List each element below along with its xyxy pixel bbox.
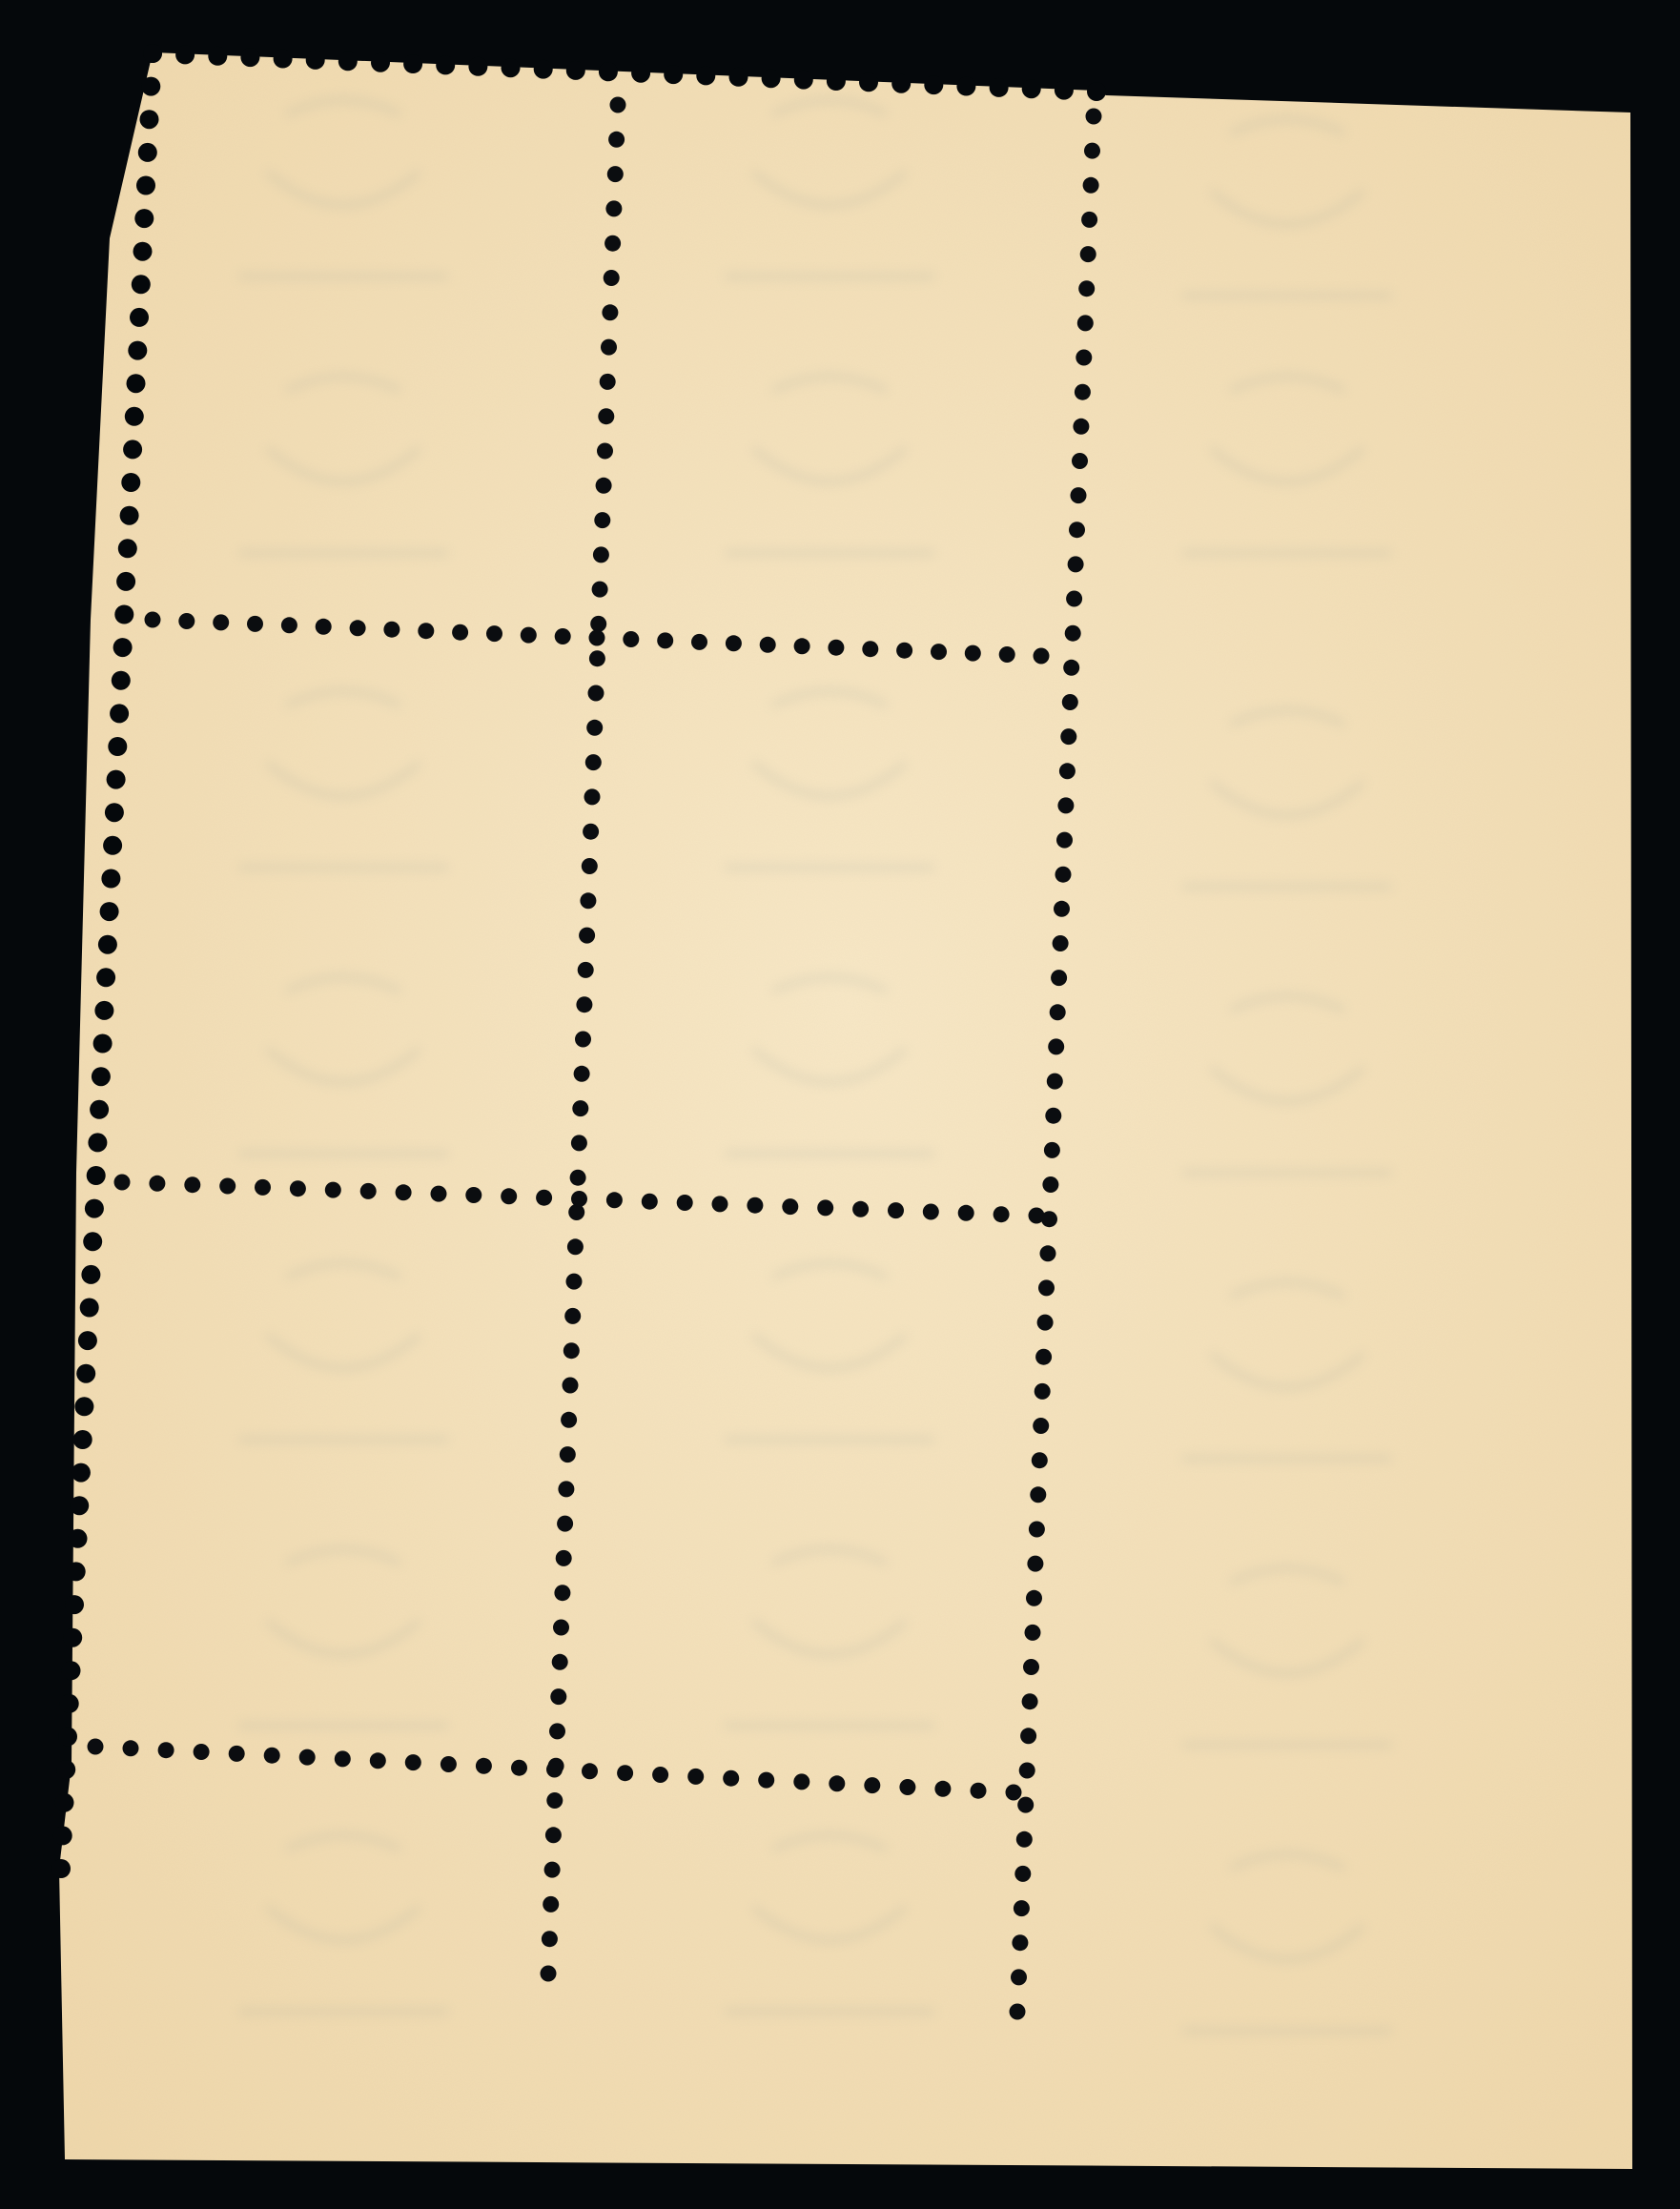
stamp-block-photo	[0, 0, 1680, 2209]
